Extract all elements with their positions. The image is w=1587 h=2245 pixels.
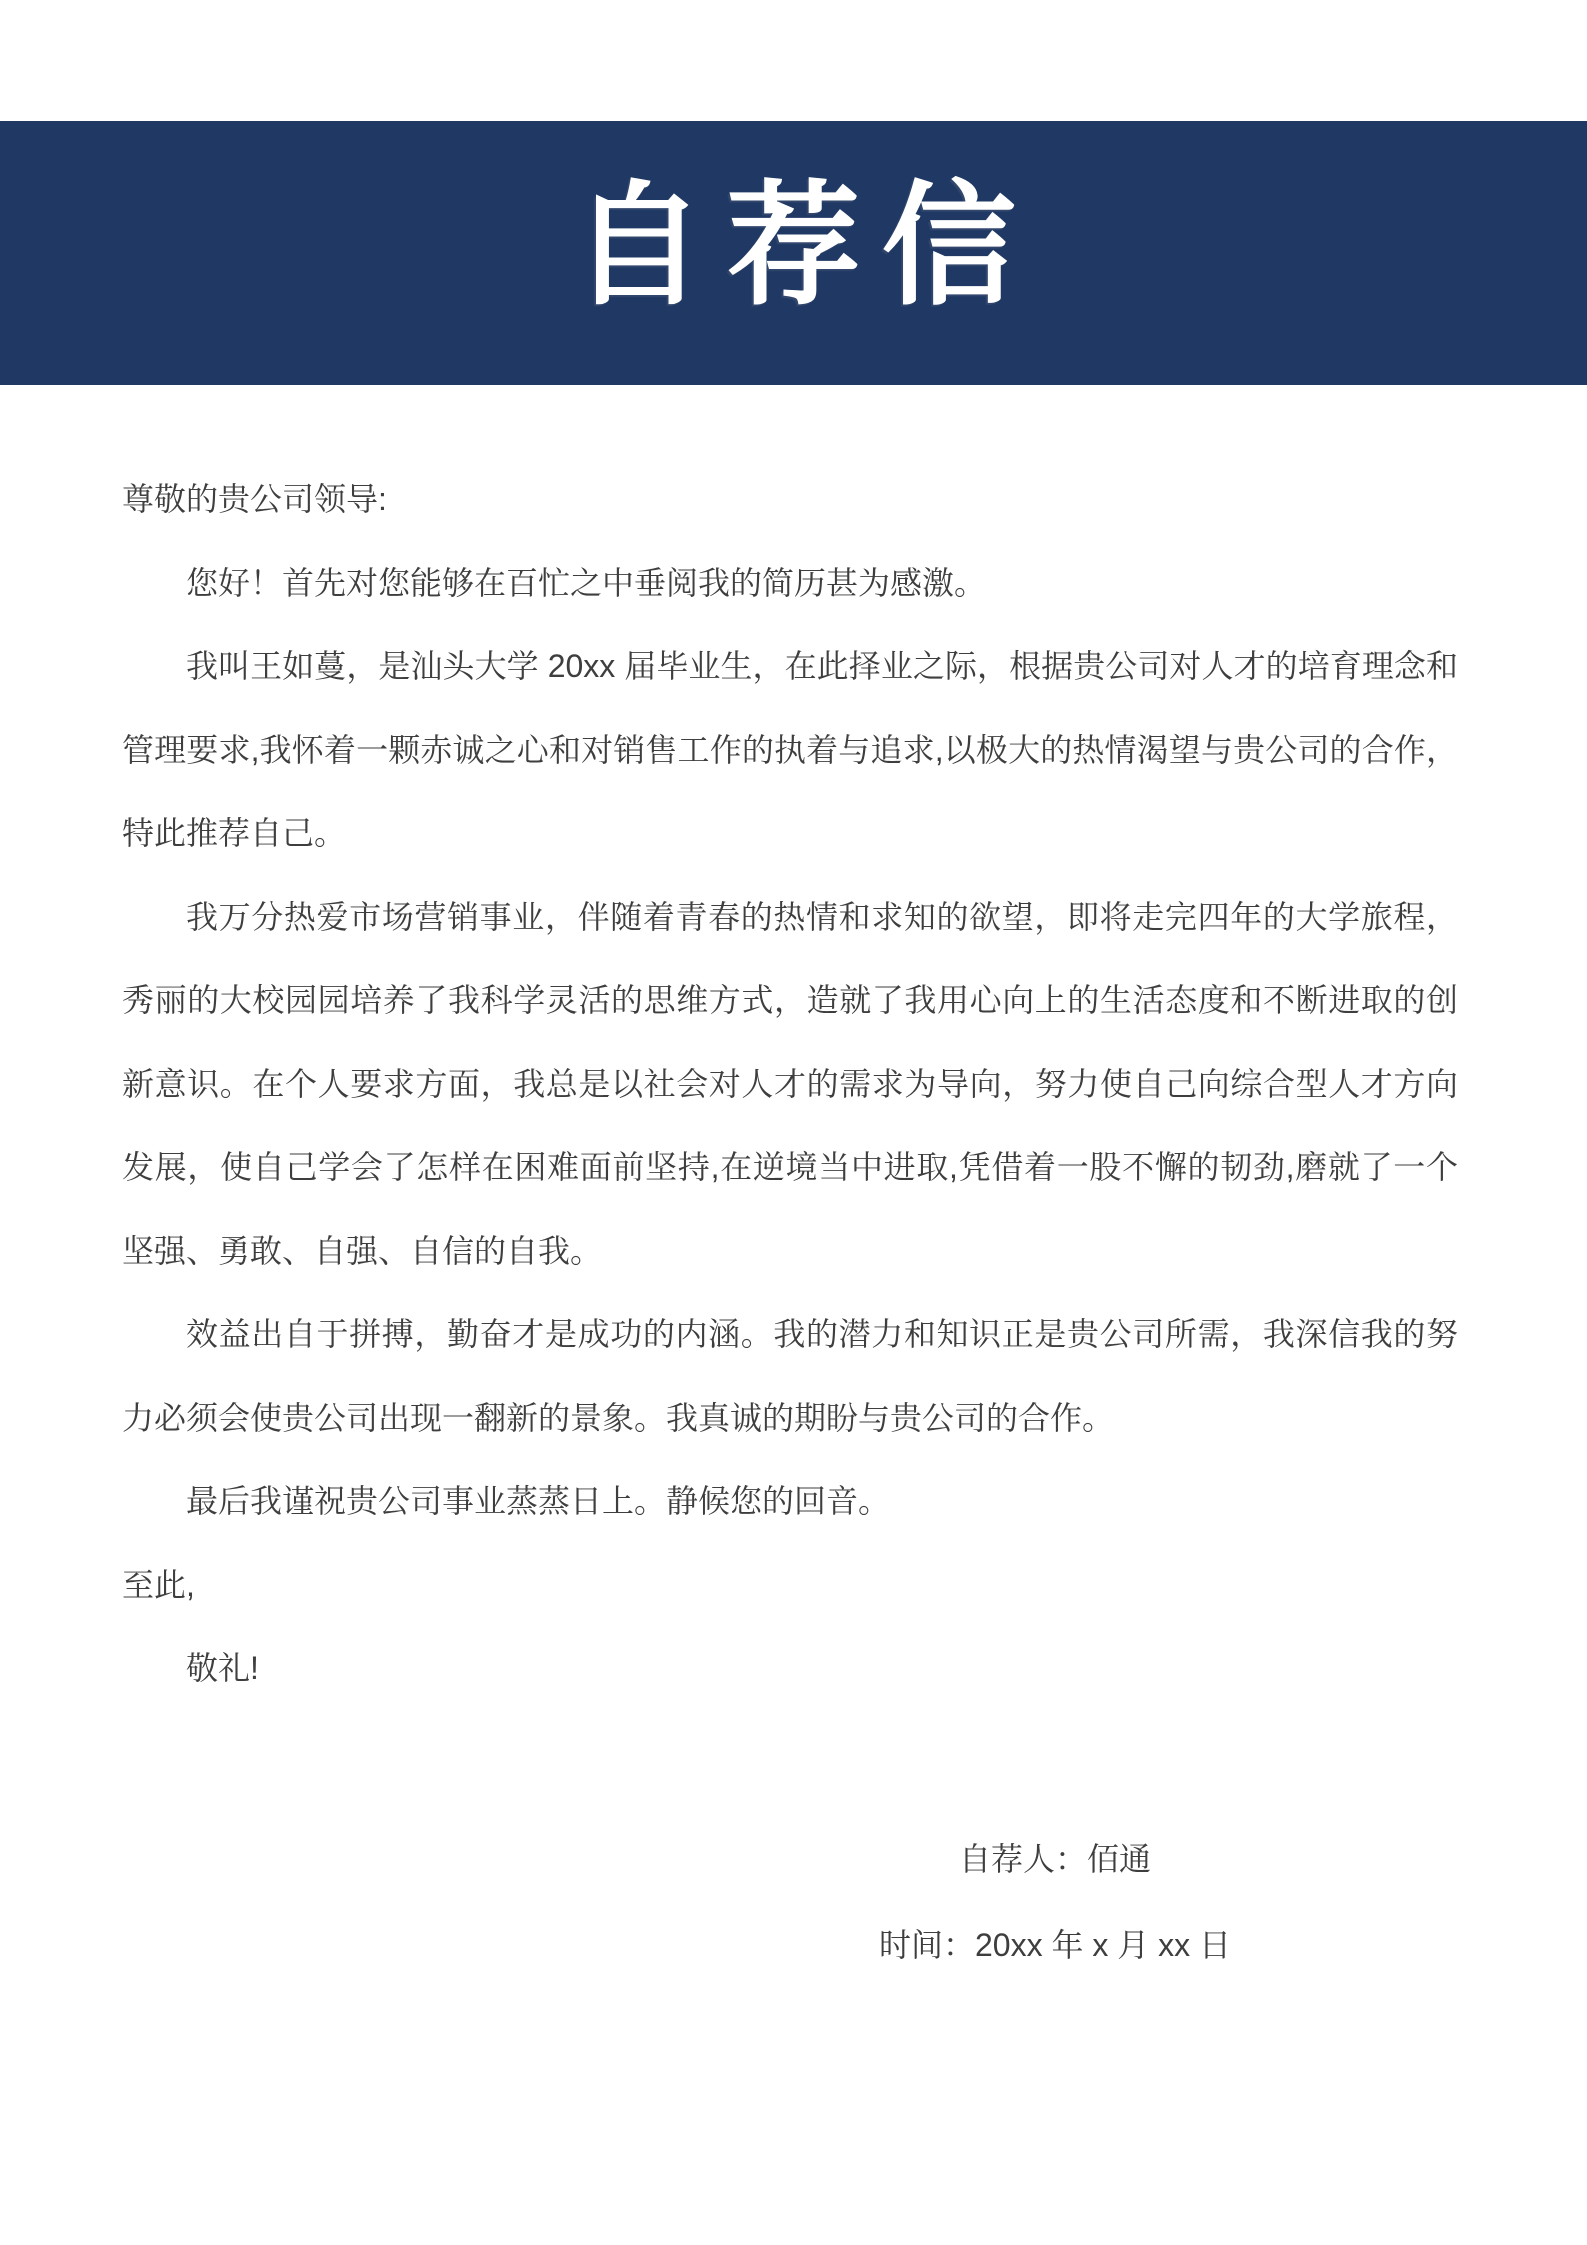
body-paragraph-5: 最后我谨祝贵公司事业蒸蒸日上。静候您的回音。 (122, 1460, 1458, 1544)
signer-line: 自荐人：佰通 (387, 1816, 1587, 1902)
body-paragraph-2: 我叫王如蔓，是汕头大学 20xx 届毕业生，在此择业之际，根据贵公司对人才的培育… (122, 625, 1458, 876)
signature-block: 自荐人：佰通 时间：20xx 年 x 月 xx 日 (387, 1816, 1587, 1988)
date-line: 时间：20xx 年 x 月 xx 日 (387, 1902, 1587, 1988)
title-banner: 自荐信 (0, 121, 1587, 385)
page-title: 自荐信 (550, 180, 1038, 314)
body-paragraph-1: 您好！首先对您能够在百忙之中垂阅我的简历甚为感激。 (122, 542, 1458, 626)
letter-body: 尊敬的贵公司领导: 您好！首先对您能够在百忙之中垂阅我的简历甚为感激。 我叫王如… (122, 458, 1458, 1988)
salute-line: 敬礼! (122, 1627, 1458, 1711)
closing-line: 至此, (122, 1544, 1458, 1628)
body-paragraph-4: 效益出自于拼搏，勤奋才是成功的内涵。我的潜力和知识正是贵公司所需，我深信我的努力… (122, 1293, 1458, 1460)
body-paragraph-3: 我万分热爱市场营销事业，伴随着青春的热情和求知的欲望，即将走完四年的大学旅程，秀… (122, 876, 1458, 1294)
letter-page: 自荐信 尊敬的贵公司领导: 您好！首先对您能够在百忙之中垂阅我的简历甚为感激。 … (0, 0, 1587, 2245)
salutation-line: 尊敬的贵公司领导: (122, 458, 1458, 542)
